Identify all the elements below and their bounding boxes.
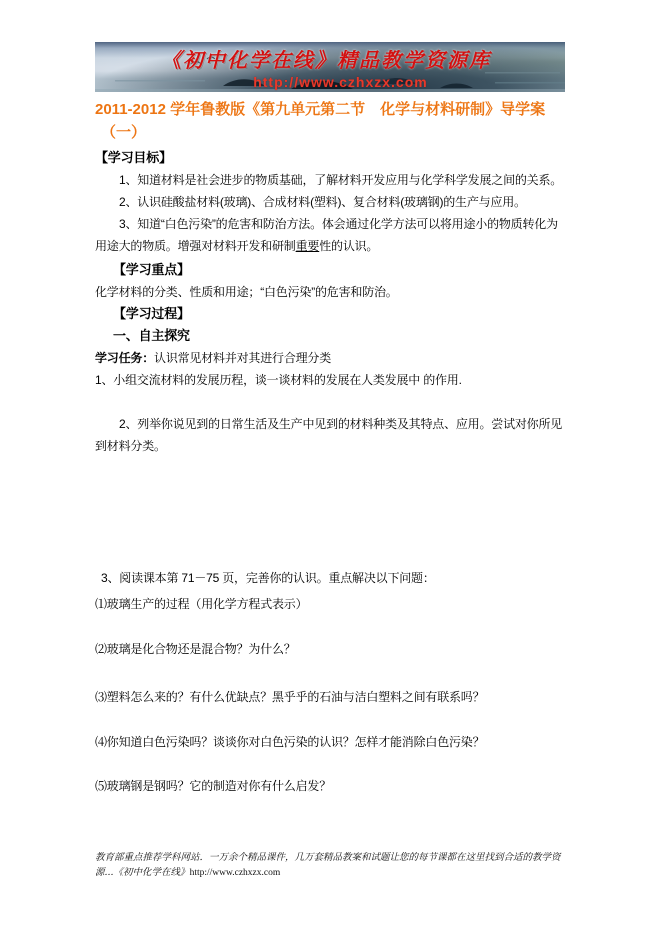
question-3-sub-2: ⑵玻璃是化合物还是混合物？为什么？ [95, 638, 567, 660]
page-title: 2011-2012 学年鲁教版《第九单元第二节 化学与材料研制》导学案 （一） [95, 98, 567, 144]
question-3-sub-4: ⑷你知道白色污染吗？谈谈你对白色污染的认识？怎样才能消除白色污染？ [95, 731, 567, 753]
page-title-line1: 2011-2012 学年鲁教版《第九单元第二节 化学与材料研制》导学案 [95, 98, 567, 121]
question-1: 1、小组交流材料的发展历程，谈一谈材料的发展在人类发展中 的作用. [95, 369, 567, 391]
goal-item-1: 1、知道材料是社会进步的物质基础，了解材料开发应用与化学科学发展之间的关系。 [95, 169, 567, 191]
task-text: 认识常见材料并对其进行合理分类 [154, 351, 331, 365]
section-heading-key-points: 【学习重点】 [95, 259, 567, 281]
goal-item-3-underlined: 重要 [296, 239, 320, 253]
document-content: 《初中化学在线》精品教学资源库 http://www.czhxzx.com 20… [95, 42, 567, 881]
document-page: 《初中化学在线》精品教学资源库 http://www.czhxzx.com 20… [0, 0, 661, 935]
question-3-sub-3: ⑶塑料怎么来的？有什么优缺点？黑乎乎的石油与洁白塑料之间有联系吗？ [95, 686, 567, 708]
question-2: 2、列举你说见到的日常生活及生产中见到的材料种类及其特点、应用。尝试对你所见到材… [95, 413, 567, 457]
page-footer: 教育部重点推荐学科网站．一万余个精品课件，几万套精品教案和试题让您的每节课都在这… [95, 850, 565, 881]
question-3: 3、阅读课本第 71－75 页，完善你的认识。重点解决以下问题： [95, 567, 567, 589]
task-line: 学习任务：认识常见材料并对其进行合理分类 [95, 347, 567, 369]
section-heading-process: 【学习过程】 [95, 303, 567, 325]
footer-url: http://www.czhxzx.com [190, 868, 281, 878]
banner-url: http://www.czhxzx.com [253, 71, 428, 92]
section-heading-goals: 【学习目标】 [95, 147, 567, 169]
page-title-line2: （一） [95, 121, 567, 144]
question-3-sub-5: ⑸玻璃钢是钢吗？它的制造对你有什么启发？ [95, 775, 567, 797]
task-label: 学习任务： [95, 351, 154, 365]
key-points-text: 化学材料的分类、性质和用途；“白色污染”的危害和防治。 [95, 281, 567, 303]
goal-item-3-tail: 性的认识。 [319, 239, 378, 253]
banner-title: 《初中化学在线》精品教学资源库 [161, 48, 561, 72]
banner-image: 《初中化学在线》精品教学资源库 http://www.czhxzx.com [95, 42, 565, 92]
subsection-heading-explore: 一、自主探究 [95, 325, 567, 347]
goal-item-3: 3、知道“白色污染”的危害和防治方法。体会通过化学方法可以将用途小的物质转化为用… [95, 213, 567, 257]
goal-item-2: 2、认识硅酸盐材料(玻璃)、合成材料(塑料)、复合材料(玻璃钢)的生产与应用。 [95, 191, 567, 213]
footer-slogan: 教育部重点推荐学科网站．一万余个精品课件，几万套精品教案和试题让您的每节课都在这… [95, 852, 561, 878]
question-3-sub-1: ⑴玻璃生产的过程（用化学方程式表示） [95, 593, 567, 615]
